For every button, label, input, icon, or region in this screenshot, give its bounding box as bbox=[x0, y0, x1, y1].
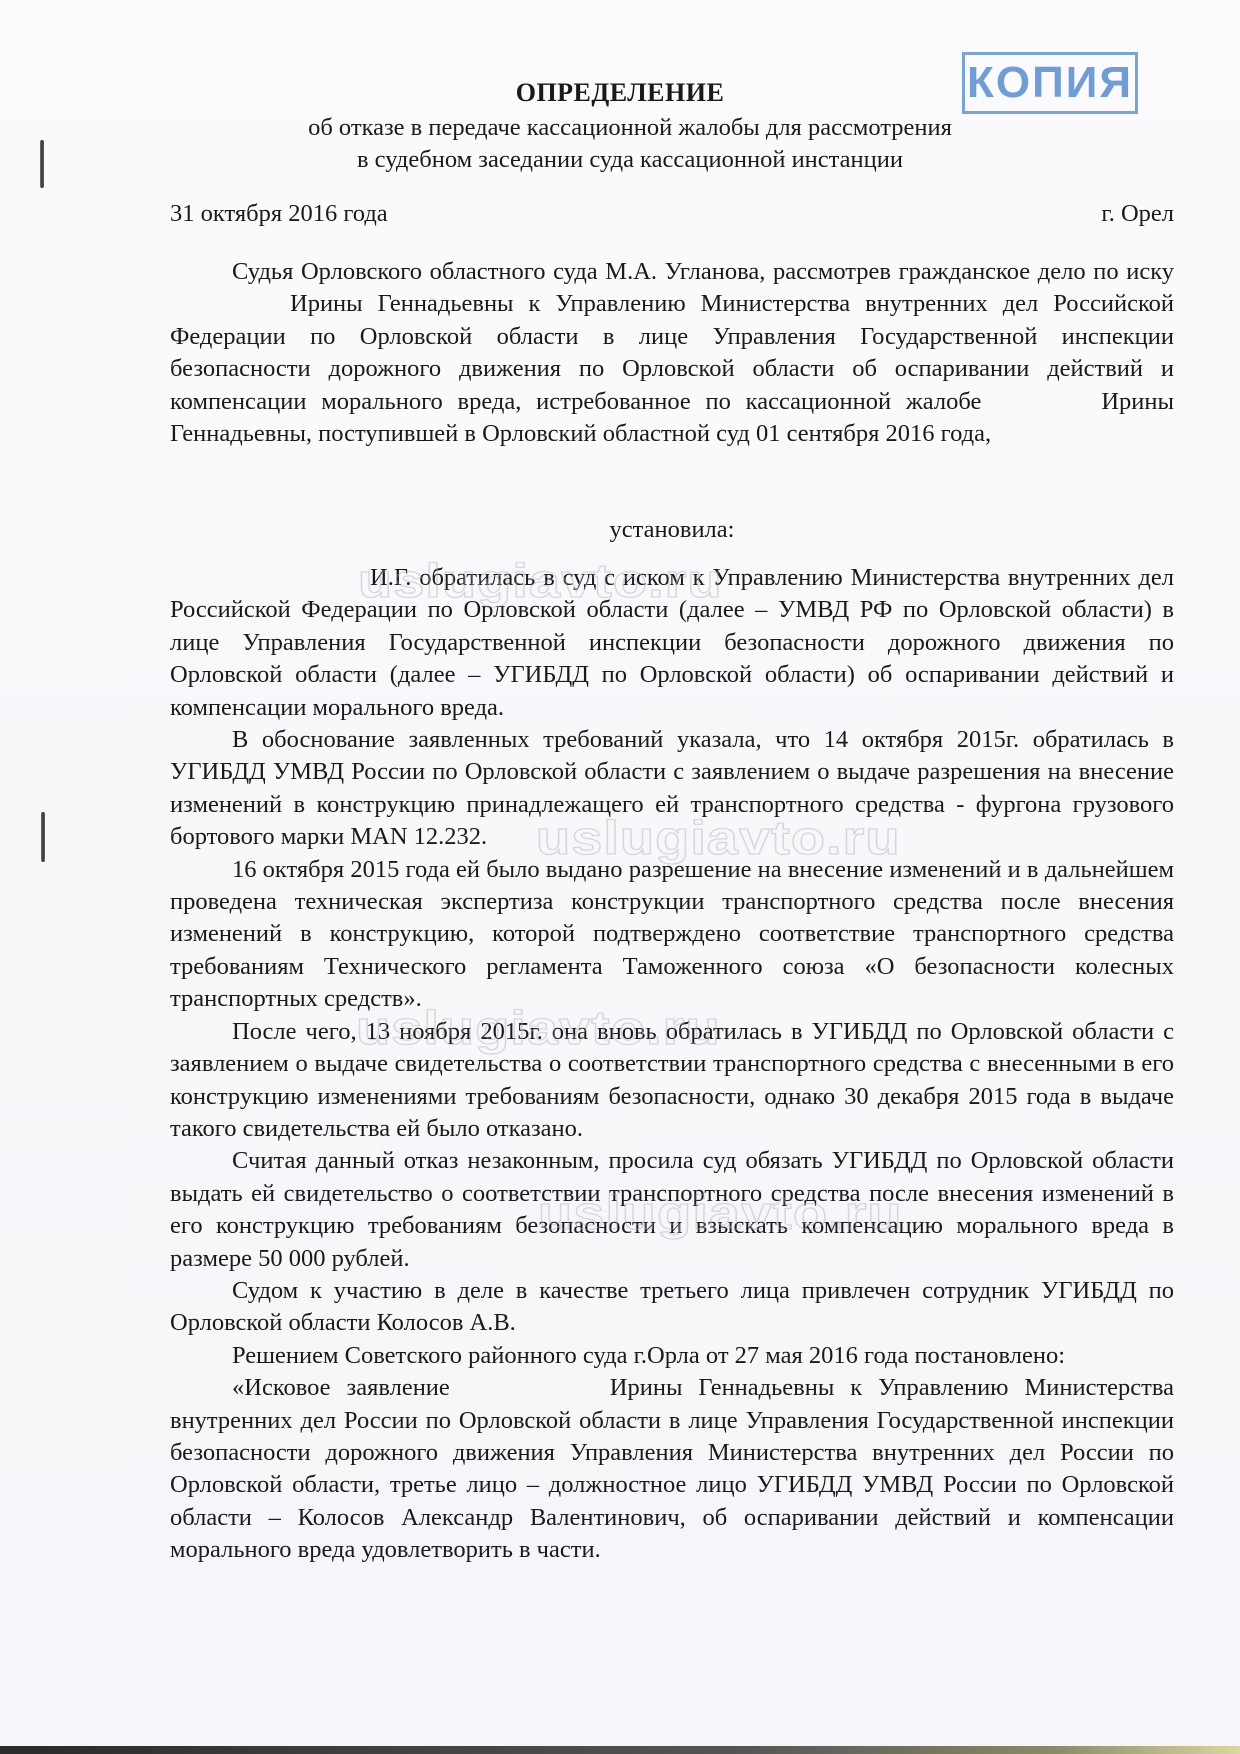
staple-icon bbox=[41, 812, 45, 862]
paragraph-third-party: Судом к участию в деле в качестве третье… bbox=[170, 1275, 1174, 1340]
scan-edge bbox=[0, 1746, 1240, 1754]
document-subtitle-line-1: об отказе в передаче кассационной жалобы… bbox=[10, 114, 1240, 142]
quote-text-2: Ирины Геннадьевны к Управлению Министерс… bbox=[170, 1374, 1174, 1563]
ruling-heading-block: установила: bbox=[170, 514, 1174, 546]
document-place: г. Орел bbox=[1101, 200, 1174, 228]
document-page: КОПИЯ ОПРЕДЕЛЕНИЕ об отказе в передаче к… bbox=[0, 0, 1240, 1746]
main-text-block: И.Г. обратилась в суд с иском к Управлен… bbox=[170, 562, 1174, 1567]
paragraph-quote: «Исковое заявлениеИрины Геннадьевны к Уп… bbox=[170, 1372, 1174, 1566]
paragraph-request: Считая данный отказ незаконным, просила … bbox=[170, 1145, 1174, 1275]
paragraph-refusal: После чего, 13 ноября 2015г. она вновь о… bbox=[170, 1016, 1174, 1146]
intro-block: Судья Орловского областного суда М.А. Уг… bbox=[170, 256, 1174, 450]
intro-paragraph: Судья Орловского областного суда М.А. Уг… bbox=[170, 256, 1174, 450]
paragraph-permission: 16 октября 2015 года ей было выдано разр… bbox=[170, 854, 1174, 1016]
intro-text-1: Судья Орловского областного суда М.А. Уг… bbox=[232, 258, 1174, 285]
intro-text-2: Ирины Геннадьевны к Управлению Министерс… bbox=[170, 290, 1174, 414]
dateline: 31 октября 2016 года г. Орел bbox=[170, 200, 1174, 228]
section-heading: установила: bbox=[170, 514, 1174, 546]
paragraph-grounds: В обоснование заявленных требований указ… bbox=[170, 724, 1174, 854]
quote-text-1: «Исковое заявление bbox=[232, 1374, 450, 1401]
document-date: 31 октября 2016 года bbox=[170, 200, 388, 228]
document-title: ОПРЕДЕЛЕНИЕ bbox=[0, 78, 1240, 108]
paragraph-decision: Решением Советского районного суда г.Орл… bbox=[170, 1340, 1174, 1372]
document-subtitle-line-2: в судебном заседании суда кассационной и… bbox=[10, 146, 1240, 174]
paragraph-claim: И.Г. обратилась в суд с иском к Управлен… bbox=[170, 562, 1174, 724]
